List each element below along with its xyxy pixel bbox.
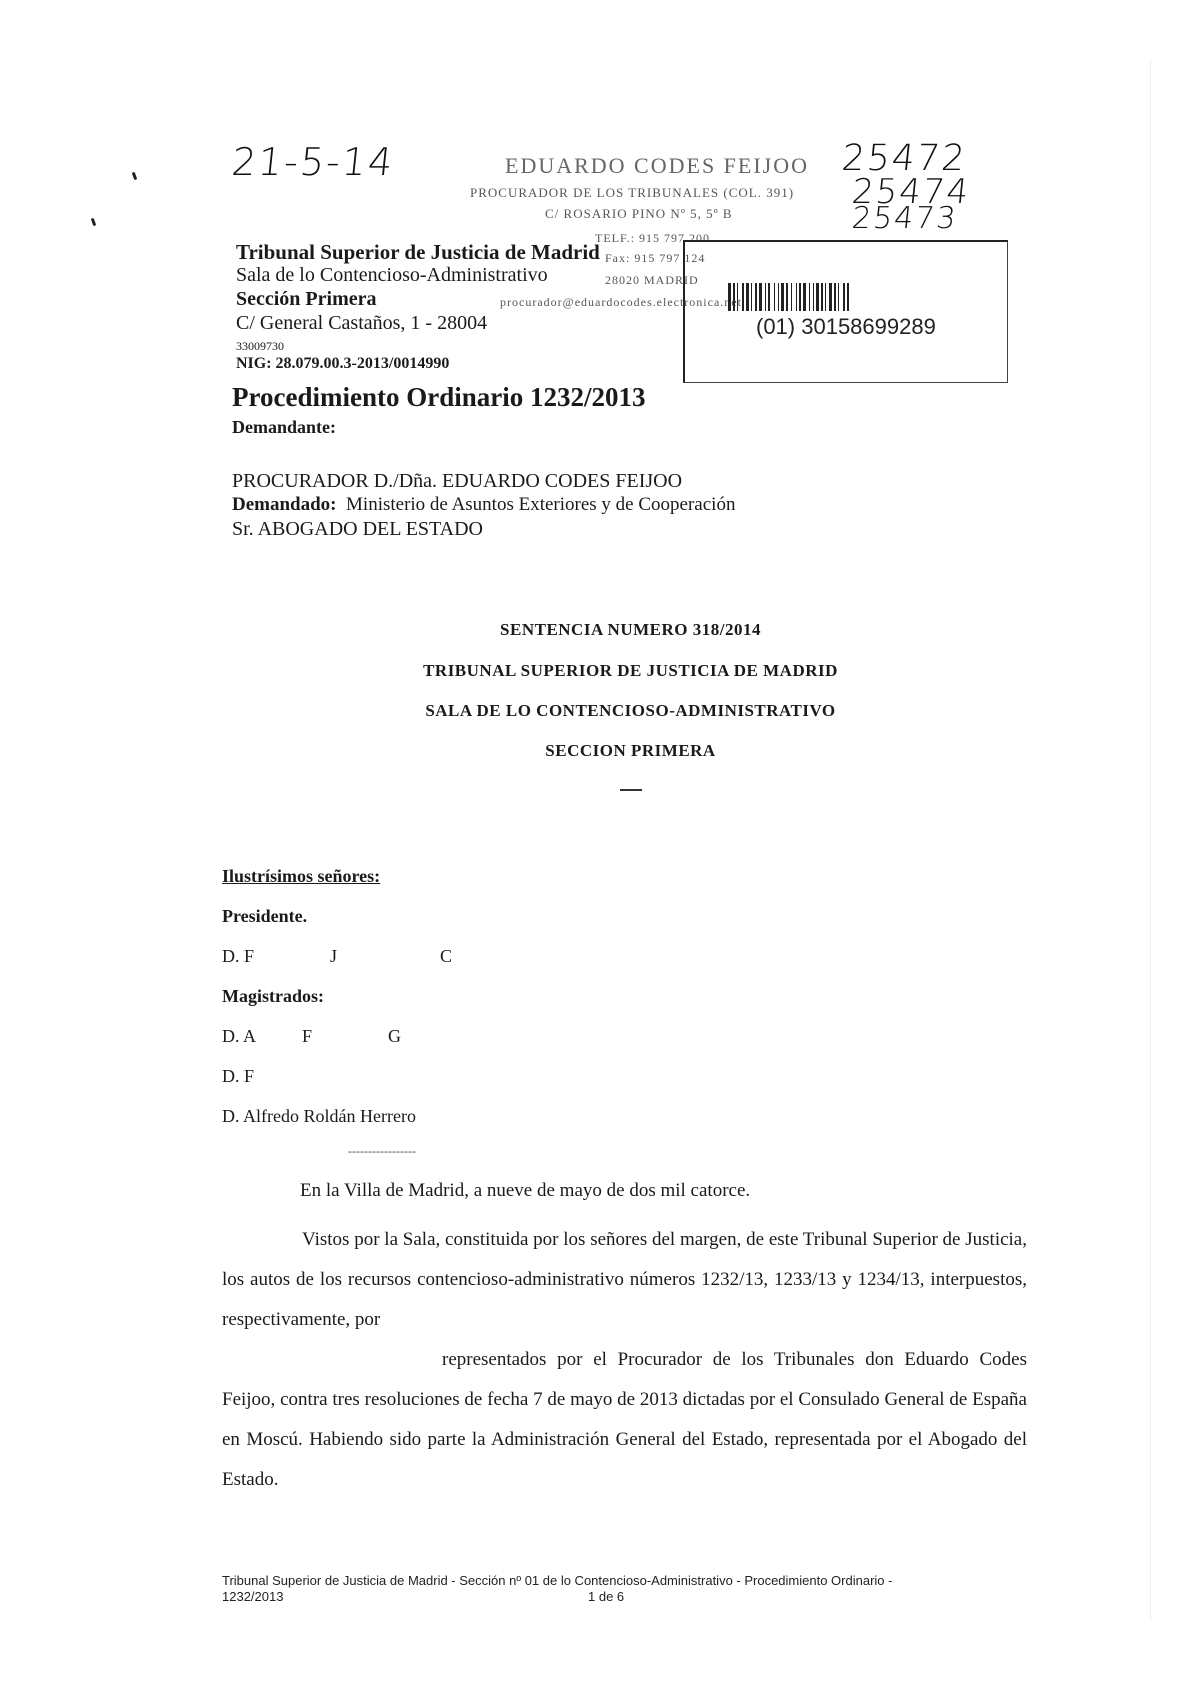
- page-edge: [1150, 60, 1151, 1620]
- procurador-line: PROCURADOR D./Dña. EDUARDO CODES FEIJOO: [232, 470, 682, 493]
- president-name-part: C: [440, 946, 452, 967]
- body-paragraph: Vistos por la Sala, constituida por los …: [222, 1220, 1027, 1340]
- court-sala: Sala de lo Contencioso-Administrativo: [236, 264, 548, 287]
- separator-dashes: -----------------: [348, 1144, 416, 1159]
- president-name-part: J: [330, 946, 337, 967]
- body-paragraph: representados por el Procurador de los T…: [222, 1340, 1027, 1500]
- footer-line: Tribunal Superior de Justicia de Madrid …: [222, 1573, 892, 1588]
- court-code: 33009730: [236, 339, 284, 354]
- court-seccion: Sección Primera: [236, 288, 377, 311]
- court-address: C/ General Castaños, 1 - 28004: [236, 312, 487, 335]
- sentencia-seccion: SECCION PRIMERA: [35, 741, 1191, 761]
- handwritten-date: 21-5-14: [230, 140, 397, 184]
- procurador-stamp-name: EDUARDO CODES FEIJOO: [505, 153, 809, 179]
- handwritten-number: 25473: [850, 201, 959, 236]
- barcode-label-box: [683, 240, 1008, 383]
- demandante-label: Demandante:: [232, 417, 336, 438]
- page-number: 1 de 6: [588, 1589, 624, 1604]
- court-name: Tribunal Superior de Justicia de Madrid: [236, 240, 600, 265]
- president-label: Presidente.: [222, 906, 307, 927]
- barcode-number: (01) 30158699289: [756, 314, 936, 340]
- sentencia-sala: SALA DE LO CONTENCIOSO-ADMINISTRATIVO: [35, 701, 1191, 721]
- barcode-icon: [728, 283, 960, 311]
- nig-number: NIG: 28.079.00.3-2013/0014990: [236, 355, 449, 373]
- magistrado-name: D. Alfredo Roldán Herrero: [222, 1106, 416, 1127]
- magistrado-name-part: D. A: [222, 1026, 256, 1047]
- magistrates-heading: Ilustrísimos señores:: [222, 866, 380, 887]
- magistrados-label: Magistrados:: [222, 986, 324, 1007]
- sentencia-court: TRIBUNAL SUPERIOR DE JUSTICIA DE MADRID: [35, 661, 1191, 681]
- president-name-part: D. F: [222, 946, 254, 967]
- procurador-stamp-address: C/ ROSARIO PINO Nº 5, 5º B: [545, 206, 733, 222]
- title-divider: [620, 789, 642, 791]
- margin-mark: [91, 218, 97, 227]
- margin-mark: [132, 172, 138, 181]
- demandado-label: Demandado:: [232, 494, 337, 515]
- procedure-title: Procedimiento Ordinario 1232/2013: [232, 382, 645, 413]
- magistrado-name-part: G: [388, 1026, 401, 1047]
- footer-line: 1232/2013: [222, 1589, 283, 1604]
- demandado-value: Ministerio de Asuntos Exteriores y de Co…: [346, 494, 735, 515]
- procurador-stamp-title: PROCURADOR DE LOS TRIBUNALES (COL. 391): [470, 185, 794, 201]
- date-line: En la Villa de Madrid, a nueve de mayo d…: [300, 1180, 750, 1202]
- magistrado-name-part: F: [302, 1026, 312, 1047]
- magistrado-name: D. F: [222, 1066, 254, 1087]
- demandado-line: Demandado: Ministerio de Asuntos Exterio…: [232, 494, 735, 516]
- abogado-line: Sr. ABOGADO DEL ESTADO: [232, 518, 483, 541]
- sentencia-number: SENTENCIA NUMERO 318/2014: [35, 620, 1191, 640]
